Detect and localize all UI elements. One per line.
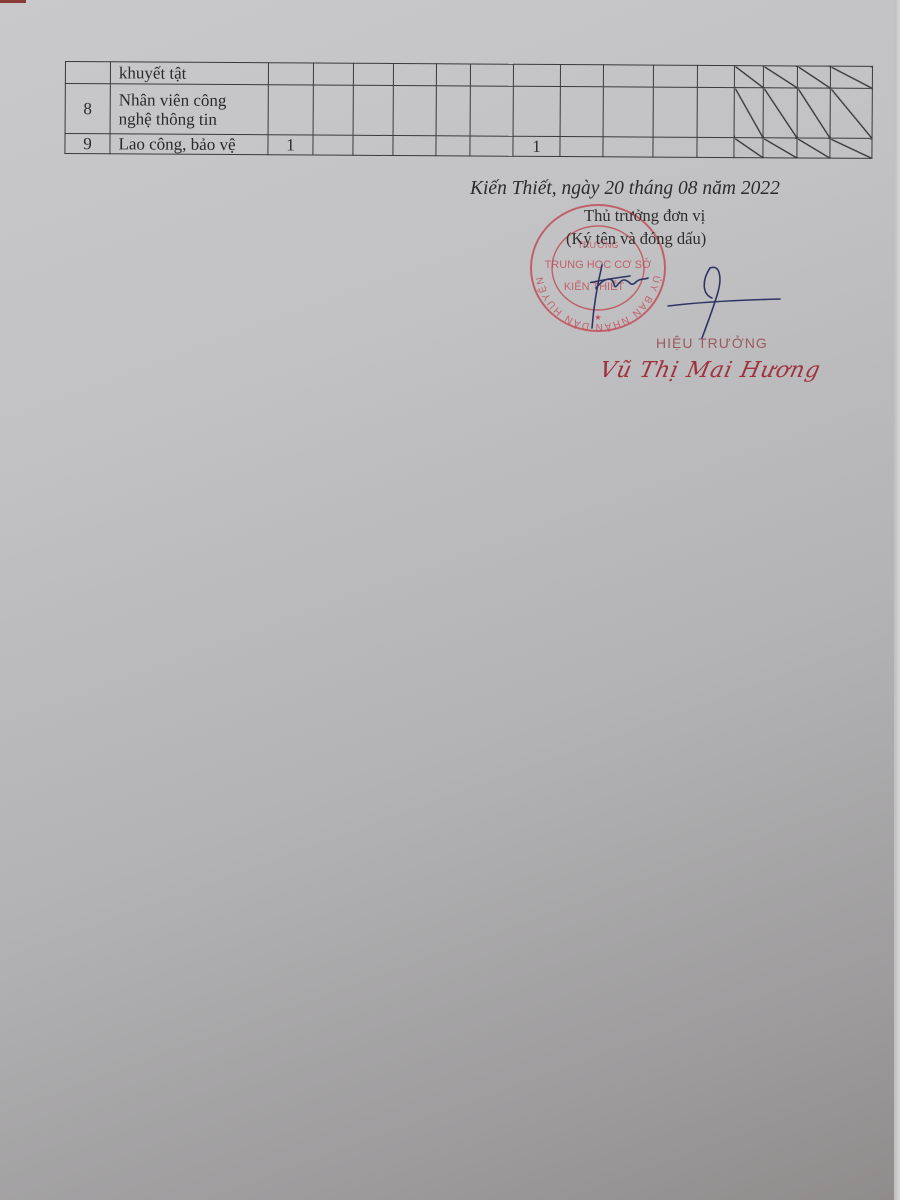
cell	[268, 85, 313, 135]
struck-cell	[797, 66, 830, 88]
cell	[353, 135, 393, 155]
cell	[603, 137, 653, 157]
cell: 1	[268, 135, 313, 155]
cell	[393, 64, 436, 86]
cell	[653, 87, 697, 137]
cell	[603, 87, 653, 137]
staff-table: khuyết tật 8 Nhân viên công nghệ thông t…	[64, 61, 873, 159]
handwritten-signature	[590, 262, 790, 342]
row-stt: 8	[65, 84, 110, 134]
cell	[470, 136, 513, 156]
cell	[653, 65, 697, 87]
struck-cell	[734, 88, 763, 138]
cell	[513, 86, 560, 136]
row-name: khuyết tật	[110, 62, 268, 85]
cell	[268, 63, 313, 85]
page-edge-right	[894, 0, 900, 1200]
cell	[653, 137, 697, 157]
cell	[560, 65, 603, 87]
struck-cell	[734, 66, 763, 88]
table-row: 8 Nhân viên công nghệ thông tin	[65, 84, 872, 139]
row-name: Nhân viên công nghệ thông tin	[110, 84, 268, 135]
cell	[353, 85, 393, 135]
struck-cell	[797, 88, 830, 138]
cell	[697, 87, 734, 137]
cell	[436, 64, 470, 86]
struck-cell	[734, 138, 763, 158]
cell	[560, 137, 603, 157]
signature-block: Kiến Thiết, ngày 20 tháng 08 năm 2022 Th…	[470, 178, 850, 200]
struck-cell	[763, 88, 797, 138]
cell	[697, 137, 734, 157]
cell	[436, 86, 470, 136]
cell	[393, 136, 436, 156]
struck-cell	[763, 138, 797, 158]
struck-cell	[763, 66, 797, 88]
struck-cell	[830, 66, 872, 88]
row-name-line: nghệ thông tin	[119, 109, 268, 129]
cell	[697, 65, 734, 87]
cell	[470, 64, 513, 86]
cell: 1	[513, 136, 560, 156]
cell	[313, 63, 353, 85]
cell	[603, 65, 653, 87]
signer-title: Thủ trưởng đơn vị	[584, 206, 705, 226]
cell	[560, 87, 603, 137]
cell	[313, 85, 353, 135]
row-stt: 9	[65, 134, 110, 154]
row-stt	[65, 62, 110, 84]
page-edge	[0, 0, 26, 3]
signer-name: Vũ Thị Mai Hương	[597, 358, 823, 383]
sign-note: (Ký tên và đóng dấu)	[566, 229, 706, 249]
cell	[436, 136, 470, 156]
cell	[353, 63, 393, 85]
table-row: 9 Lao công, bảo vệ 1 1	[65, 134, 872, 159]
cell	[313, 135, 353, 155]
date-line: Kiến Thiết, ngày 20 tháng 08 năm 2022	[470, 178, 850, 200]
struck-cell	[830, 88, 872, 138]
row-name: Lao công, bảo vệ	[110, 134, 268, 155]
row-name-line: Nhân viên công	[119, 90, 268, 110]
struck-cell	[830, 138, 872, 158]
cell	[393, 86, 436, 136]
cell	[470, 86, 513, 136]
struck-cell	[797, 138, 830, 158]
position-title: HIỆU TRƯỞNG	[656, 335, 768, 351]
cell	[513, 64, 560, 86]
